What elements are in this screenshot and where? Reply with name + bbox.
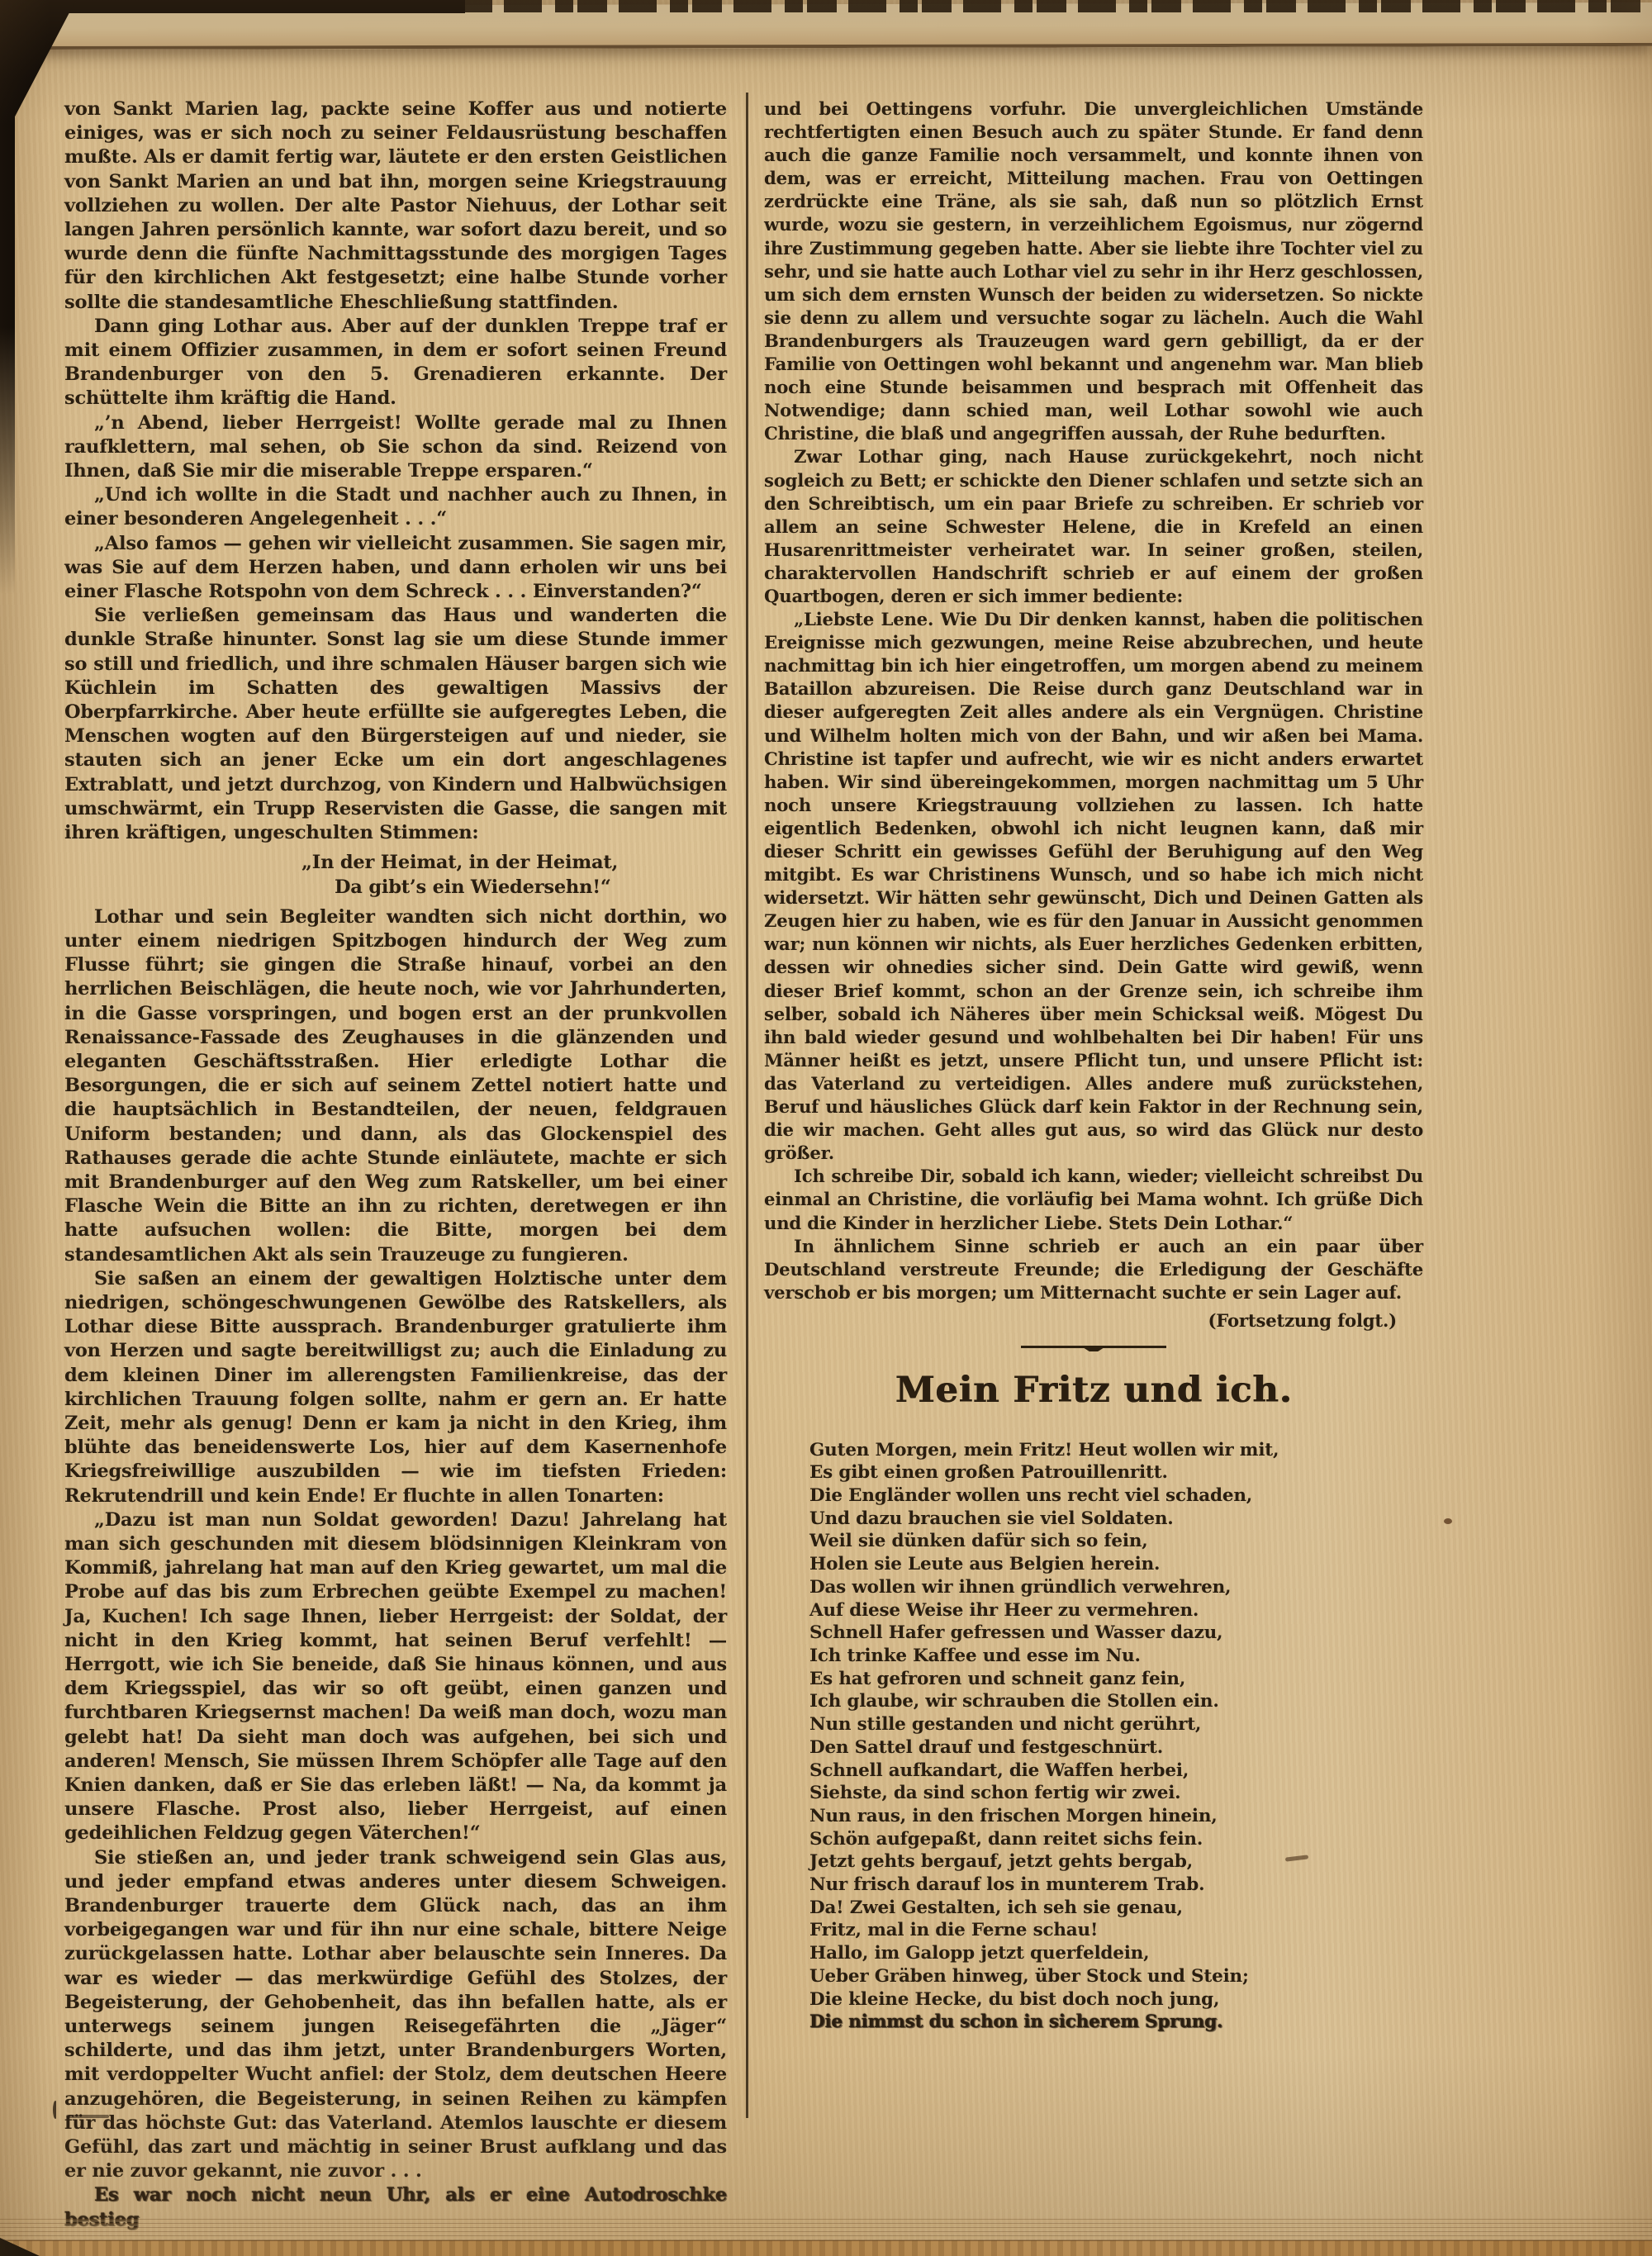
poem-line: Nun stille gestanden und nicht gerührt,	[809, 1713, 1423, 1736]
margin-ink-mark	[53, 2101, 58, 2119]
paragraph: „Liebste Lene. Wie Du Dir denken kannst,…	[764, 608, 1423, 1165]
poem-line: Es hat gefroren und schneit ganz fein,	[809, 1668, 1423, 1691]
section-ornament	[1021, 1346, 1166, 1348]
poem-line: Weil sie dünken dafür sich so fein,	[809, 1530, 1423, 1553]
poem-line: Den Sattel drauf und festgeschnürt.	[809, 1736, 1423, 1760]
cutoff-headline-fragments	[463, 0, 1644, 12]
poem-line: Auf diese Weise ihr Heer zu vermehren.	[809, 1599, 1423, 1622]
poem: Guten Morgen, mein Fritz! Heut wollen wi…	[764, 1439, 1423, 2034]
paragraph: Sie verließen gemeinsam das Haus und wan…	[64, 604, 727, 845]
poem-line: Ich glaube, wir schrauben die Stollen ei…	[809, 1690, 1423, 1713]
paragraph: In ähnlichem Sinne schrieb er auch an ei…	[764, 1235, 1423, 1304]
newspaper-page: von Sankt Marien lag, packte seine Koffe…	[0, 0, 1652, 2256]
paragraph: „Und ich wollte in die Stadt und nachher…	[64, 483, 727, 531]
poem-line: Nun raus, in den frischen Morgen hinein,	[809, 1805, 1423, 1828]
paragraph: und bei Oettingens vorfuhr. Die unvergle…	[764, 97, 1423, 445]
poem-line: Das wollen wir ihnen gründlich verwehren…	[809, 1576, 1423, 1599]
poem-line: Ueber Gräben hinweg, über Stock und Stei…	[809, 1965, 1423, 1988]
poem-line: Es gibt einen großen Patrouillenritt.	[809, 1461, 1423, 1484]
paragraph: Dann ging Lothar aus. Aber auf der dunkl…	[64, 315, 727, 411]
verse-line: Da gibt’s ein Wiedersehn!“	[301, 876, 727, 900]
paragraph: Sie saßen an einem der gewaltigen Holzti…	[64, 1267, 727, 1508]
poem-line: Nur frisch darauf los in munterem Trab.	[809, 1874, 1423, 1897]
poem-line: Und dazu brauchen sie viel Soldaten.	[809, 1508, 1423, 1531]
poem-line: Holen sie Leute aus Belgien herein.	[809, 1553, 1423, 1576]
left-column: von Sankt Marien lag, packte seine Koffe…	[64, 97, 727, 2232]
poem-title: Mein Fritz und ich.	[764, 1371, 1423, 1409]
scan-black-left-edge	[0, 0, 15, 595]
paragraph: Sie stießen an, und jeder trank schweige…	[64, 1846, 727, 2184]
paragraph: Ich schreibe Dir, sobald ich kann, wiede…	[764, 1165, 1423, 1234]
poem-line-overinked: Die nimmst du schon in sicherem Sprung.	[809, 2011, 1423, 2034]
poem-line: Schnell Hafer gefressen und Wasser dazu,	[809, 1622, 1423, 1645]
bottom-fold-lines	[0, 2218, 1652, 2240]
paragraph: von Sankt Marien lag, packte seine Koffe…	[64, 97, 727, 315]
margin-ink-smear	[66, 2115, 109, 2118]
poem-line: Ich trinke Kaffee und esse im Nu.	[809, 1645, 1423, 1668]
paragraph: „’n Abend, lieber Herrgeist! Wollte gera…	[64, 411, 727, 484]
bottom-page-edge	[0, 2240, 1652, 2256]
poem-line: Schön aufgepaßt, dann reitet sichs fein.	[809, 1828, 1423, 1851]
verse-line: „In der Heimat, in der Heimat,	[301, 851, 727, 875]
paragraph: Zwar Lothar ging, nach Hause zurückgekeh…	[764, 445, 1423, 608]
poem-line: Hallo, im Galopp jetzt querfeldein,	[809, 1942, 1423, 1965]
poem-line: Schnell aufkandart, die Waffen herbei,	[809, 1760, 1423, 1783]
poem-line: Die kleine Hecke, du bist doch noch jung…	[809, 1988, 1423, 2011]
poem-line: Guten Morgen, mein Fritz! Heut wollen wi…	[809, 1439, 1423, 1462]
poem-line: Die Engländer wollen uns recht viel scha…	[809, 1484, 1423, 1508]
poem-line: Jetzt gehts bergauf, jetzt gehts bergab,	[809, 1850, 1423, 1874]
right-column: und bei Oettingens vorfuhr. Die unvergle…	[764, 97, 1423, 2034]
paragraph: Lothar und sein Begleiter wandten sich n…	[64, 905, 727, 1267]
poem-line: Fritz, mal in die Ferne schau!	[809, 1919, 1423, 1942]
paragraph: „Also famos — gehen wir vielleicht zusam…	[64, 532, 727, 605]
song-verse: „In der Heimat, in der Heimat, Da gibt’s…	[301, 851, 727, 899]
poem-line: Siehste, da sind schon fertig wir zwei.	[809, 1782, 1423, 1805]
paragraph: „Dazu ist man nun Soldat geworden! Dazu!…	[64, 1508, 727, 1846]
continuation-note: (Fortsetzung folgt.)	[764, 1309, 1423, 1332]
poem-line: Da! Zwei Gestalten, ich seh sie genau,	[809, 1897, 1423, 1920]
ink-speck	[1444, 1518, 1452, 1524]
column-divider-rule	[746, 93, 748, 2118]
